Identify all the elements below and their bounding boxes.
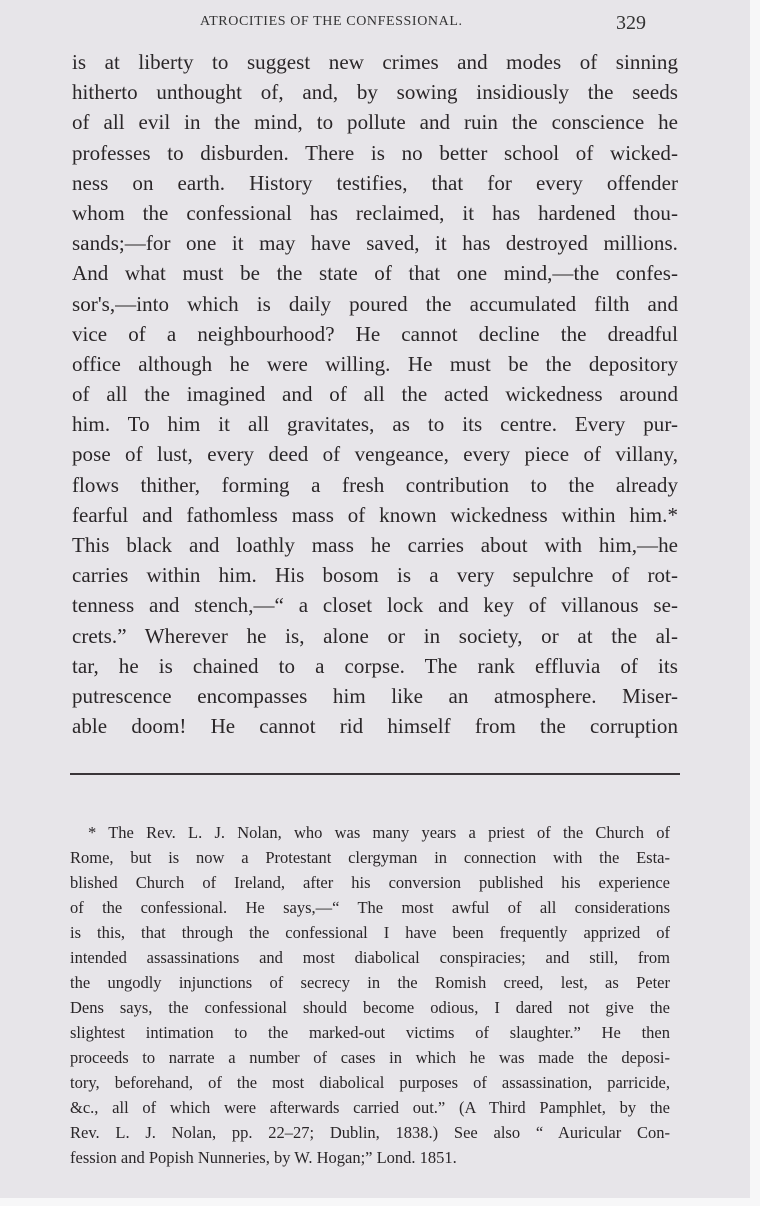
footnote-line: of the confessional. He says,—“ The most… (70, 895, 670, 920)
footnote-line: * The Rev. L. J. Nolan, who was many yea… (70, 820, 670, 845)
body-line: flows thither, forming a fresh contribut… (72, 470, 678, 500)
body-line: And what must be the state of that one m… (72, 258, 678, 288)
body-line: fearful and fathomless mass of known wic… (72, 500, 678, 530)
body-text: is at liberty to suggest new crimes and … (72, 47, 678, 741)
body-line: of all the imagined and of all the acted… (72, 379, 678, 409)
footnote-line: blished Church of Ireland, after his con… (70, 870, 670, 895)
footnote-line: Dens says, the confessional should becom… (70, 995, 670, 1020)
body-line: able doom! He cannot rid himself from th… (72, 711, 678, 741)
body-line: carries within him. His bosom is a very … (72, 560, 678, 590)
footnote-line: Rome, but is now a Protestant clergyman … (70, 845, 670, 870)
body-line: putrescence encompasses him like an atmo… (72, 681, 678, 711)
footnote-line: &c., all of which were afterwards carrie… (70, 1095, 670, 1120)
running-head: Atrocities of the Confessional. 329 (0, 6, 750, 36)
footnote: * The Rev. L. J. Nolan, who was many yea… (70, 820, 670, 1170)
footnote-line: Rev. L. J. Nolan, pp. 22–27; Dublin, 183… (70, 1120, 670, 1145)
body-line: him. To him it all gravitates, as to its… (72, 409, 678, 439)
body-line: professes to disburden. There is no bett… (72, 138, 678, 168)
body-line: of all evil in the mind, to pollute and … (72, 107, 678, 137)
body-line: tenness and stench,—“ a closet lock and … (72, 590, 678, 620)
body-line: vice of a neighbourhood? He cannot decli… (72, 319, 678, 349)
footnote-line: slightest intimation to the marked-out v… (70, 1020, 670, 1045)
body-line: pose of lust, every deed of vengeance, e… (72, 439, 678, 469)
body-line: ness on earth. History testifies, that f… (72, 168, 678, 198)
footnote-line: intended assassinations and most diaboli… (70, 945, 670, 970)
footnote-line: fession and Popish Nunneries, by W. Hoga… (70, 1145, 670, 1170)
page-number: 329 (616, 12, 646, 35)
body-line: crets.” Wherever he is, alone or in soci… (72, 621, 678, 651)
running-title: Atrocities of the Confessional. (200, 14, 463, 30)
body-line: sands;—for one it may have saved, it has… (72, 228, 678, 258)
footnote-separator-rule (70, 773, 680, 775)
book-page: Atrocities of the Confessional. 329 is a… (0, 0, 750, 1198)
footnote-line: is this, that through the confessional I… (70, 920, 670, 945)
body-line: is at liberty to suggest new crimes and … (72, 47, 678, 77)
body-line: sor's,—into which is daily poured the ac… (72, 289, 678, 319)
body-line: hitherto unthought of, and, by sowing in… (72, 77, 678, 107)
footnote-line: the ungodly injunctions of secrecy in th… (70, 970, 670, 995)
footnote-line: proceeds to narrate a number of cases in… (70, 1045, 670, 1070)
body-line: This black and loathly mass he carries a… (72, 530, 678, 560)
body-line: tar, he is chained to a corpse. The rank… (72, 651, 678, 681)
footnote-line: tory, beforehand, of the most diabolical… (70, 1070, 670, 1095)
body-line: office although he were willing. He must… (72, 349, 678, 379)
body-line: whom the confessional has reclaimed, it … (72, 198, 678, 228)
